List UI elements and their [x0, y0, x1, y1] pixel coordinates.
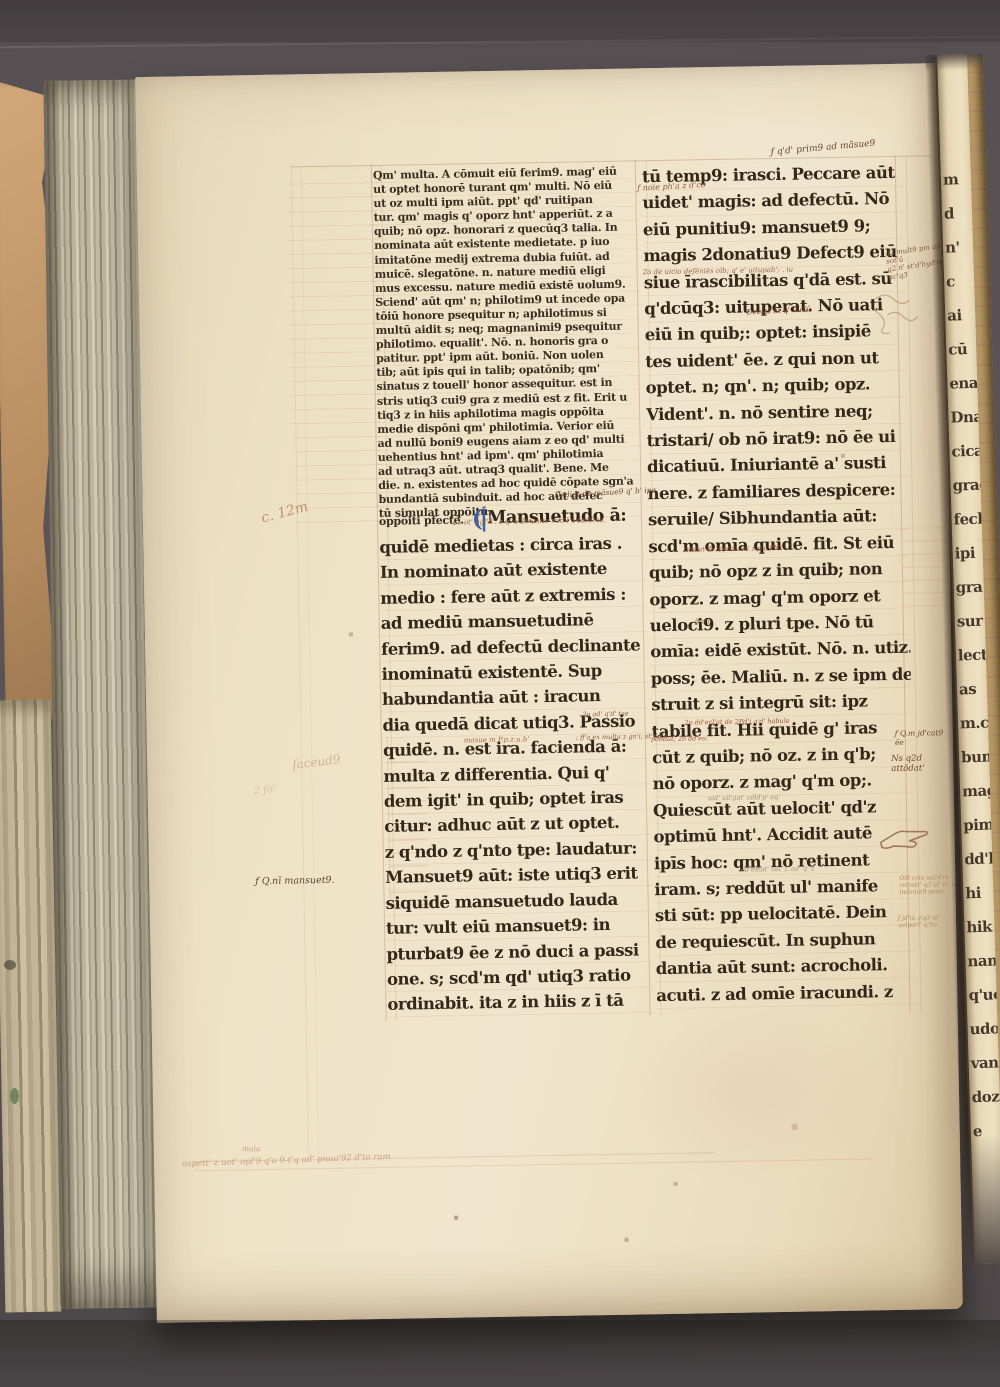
text-line: ena — [949, 366, 980, 401]
green-stain-spot — [10, 1088, 19, 1104]
sliver-bottom-fade — [959, 1133, 1000, 1265]
column1-large-text: quidē medietas : circa iras .In nominato… — [379, 530, 653, 1019]
heading-prefix-text: oppōiti pfectē. — [379, 513, 464, 527]
text-line: grac — [952, 468, 983, 503]
text-line: mag' — [962, 773, 993, 808]
text-line: n' — [945, 230, 976, 265]
text-line: ipi — [954, 536, 985, 571]
text-line: magis 2donatiu9 Defect9 eiū — [643, 239, 903, 270]
text-line: ferim9. ad defectū declinante — [381, 632, 647, 662]
text-line: udo — [969, 1011, 1000, 1046]
text-line: m.c — [959, 706, 990, 741]
column2-text: tū temp9: irasci. Peccare aūtuidet' magi… — [642, 160, 917, 1010]
text-line: Dna — [950, 400, 981, 435]
text-line: q'uo — [968, 977, 999, 1012]
text-line: d — [943, 196, 974, 231]
dark-stain-spot — [4, 960, 16, 970]
marginal-note-quif: ƒ Q.nī mansuet9. — [255, 876, 335, 888]
text-line: medio : fere aūt z extremis : — [380, 581, 646, 611]
text-line: ai — [947, 298, 978, 333]
backdrop-top-shade — [0, 0, 1000, 42]
text-line: bum — [961, 739, 992, 774]
text-line: hi — [965, 875, 996, 910]
text-line: nam — [967, 943, 998, 978]
spine-parchment-strips — [0, 700, 61, 1313]
ruling-bottom-line-1 — [194, 1152, 714, 1162]
photo-canvas: Qm' multa. A cōmuit eiū ferim9. mag' eiū… — [0, 0, 1000, 1387]
text-line: c — [946, 264, 977, 299]
marginal-note-top: ƒ q'd' prim9 ad māsue9 — [770, 139, 875, 158]
text-line: dd'l — [964, 841, 995, 876]
text-line: acuti. z ad omīe iracundi. z — [656, 978, 916, 1009]
text-line: quib; nō opz z in quib; non — [649, 556, 909, 587]
text-line: as — [958, 672, 989, 707]
parchment-specks — [135, 77, 137, 79]
text-line: Quiescūt aūt uelocit' qd'z — [653, 793, 913, 824]
text-line: fech — [953, 502, 984, 537]
text-line: sur — [956, 604, 987, 639]
column1-small-text: Qm' multa. A cōmuit eiū ferim9. mag' eiū… — [373, 164, 643, 522]
text-line: dantia aūt sunt: acrocholi. — [656, 952, 916, 983]
section-heading-mansuetudo: Mansuetudo ā: — [487, 506, 627, 528]
text-line: siquidē mansuetudo lauda — [385, 886, 651, 916]
text-line: hik — [966, 909, 997, 944]
text-line: vani — [970, 1045, 1000, 1080]
text-line: sti sūt: pp uelocitatē. Dein — [655, 899, 915, 930]
text-line: optet. n; qn'. n; quib; opz. — [645, 371, 905, 402]
footer-note-mala: mala — [242, 1145, 261, 1154]
blue-paraph-mark: (| — [472, 505, 486, 532]
text-line: ordinabit. ita z in hiis z ī tā — [387, 988, 653, 1018]
text-line: cūt z quib; nō oz. z in q'b; — [652, 741, 912, 772]
text-line: pim — [963, 807, 994, 842]
marginal-note-faceud: faceud9 — [292, 753, 342, 773]
text-line: lectu — [957, 638, 988, 673]
marginal-note-2fo: 2 fo' — [253, 784, 276, 798]
text-line: cū — [948, 332, 979, 367]
sliver-top-fade — [925, 53, 983, 71]
floor-shadow — [0, 1320, 1000, 1387]
text-line: seruile/ Sibhundantia aūt: — [648, 503, 908, 534]
manuscript-page: Qm' multa. A cōmuit eiū ferim9. mag' eiū… — [135, 63, 963, 1323]
text-line: m — [942, 162, 973, 197]
margin-ruling-grid — [287, 169, 383, 527]
text-line: omīa: eidē existūt. Nō. n. utiz. — [650, 635, 910, 666]
text-line: doz — [971, 1079, 1000, 1114]
text-line: poss; ēe. Maliū. n. z se ipm de — [651, 661, 911, 692]
text-line: gra — [955, 570, 986, 605]
text-line: cicas — [951, 434, 982, 469]
